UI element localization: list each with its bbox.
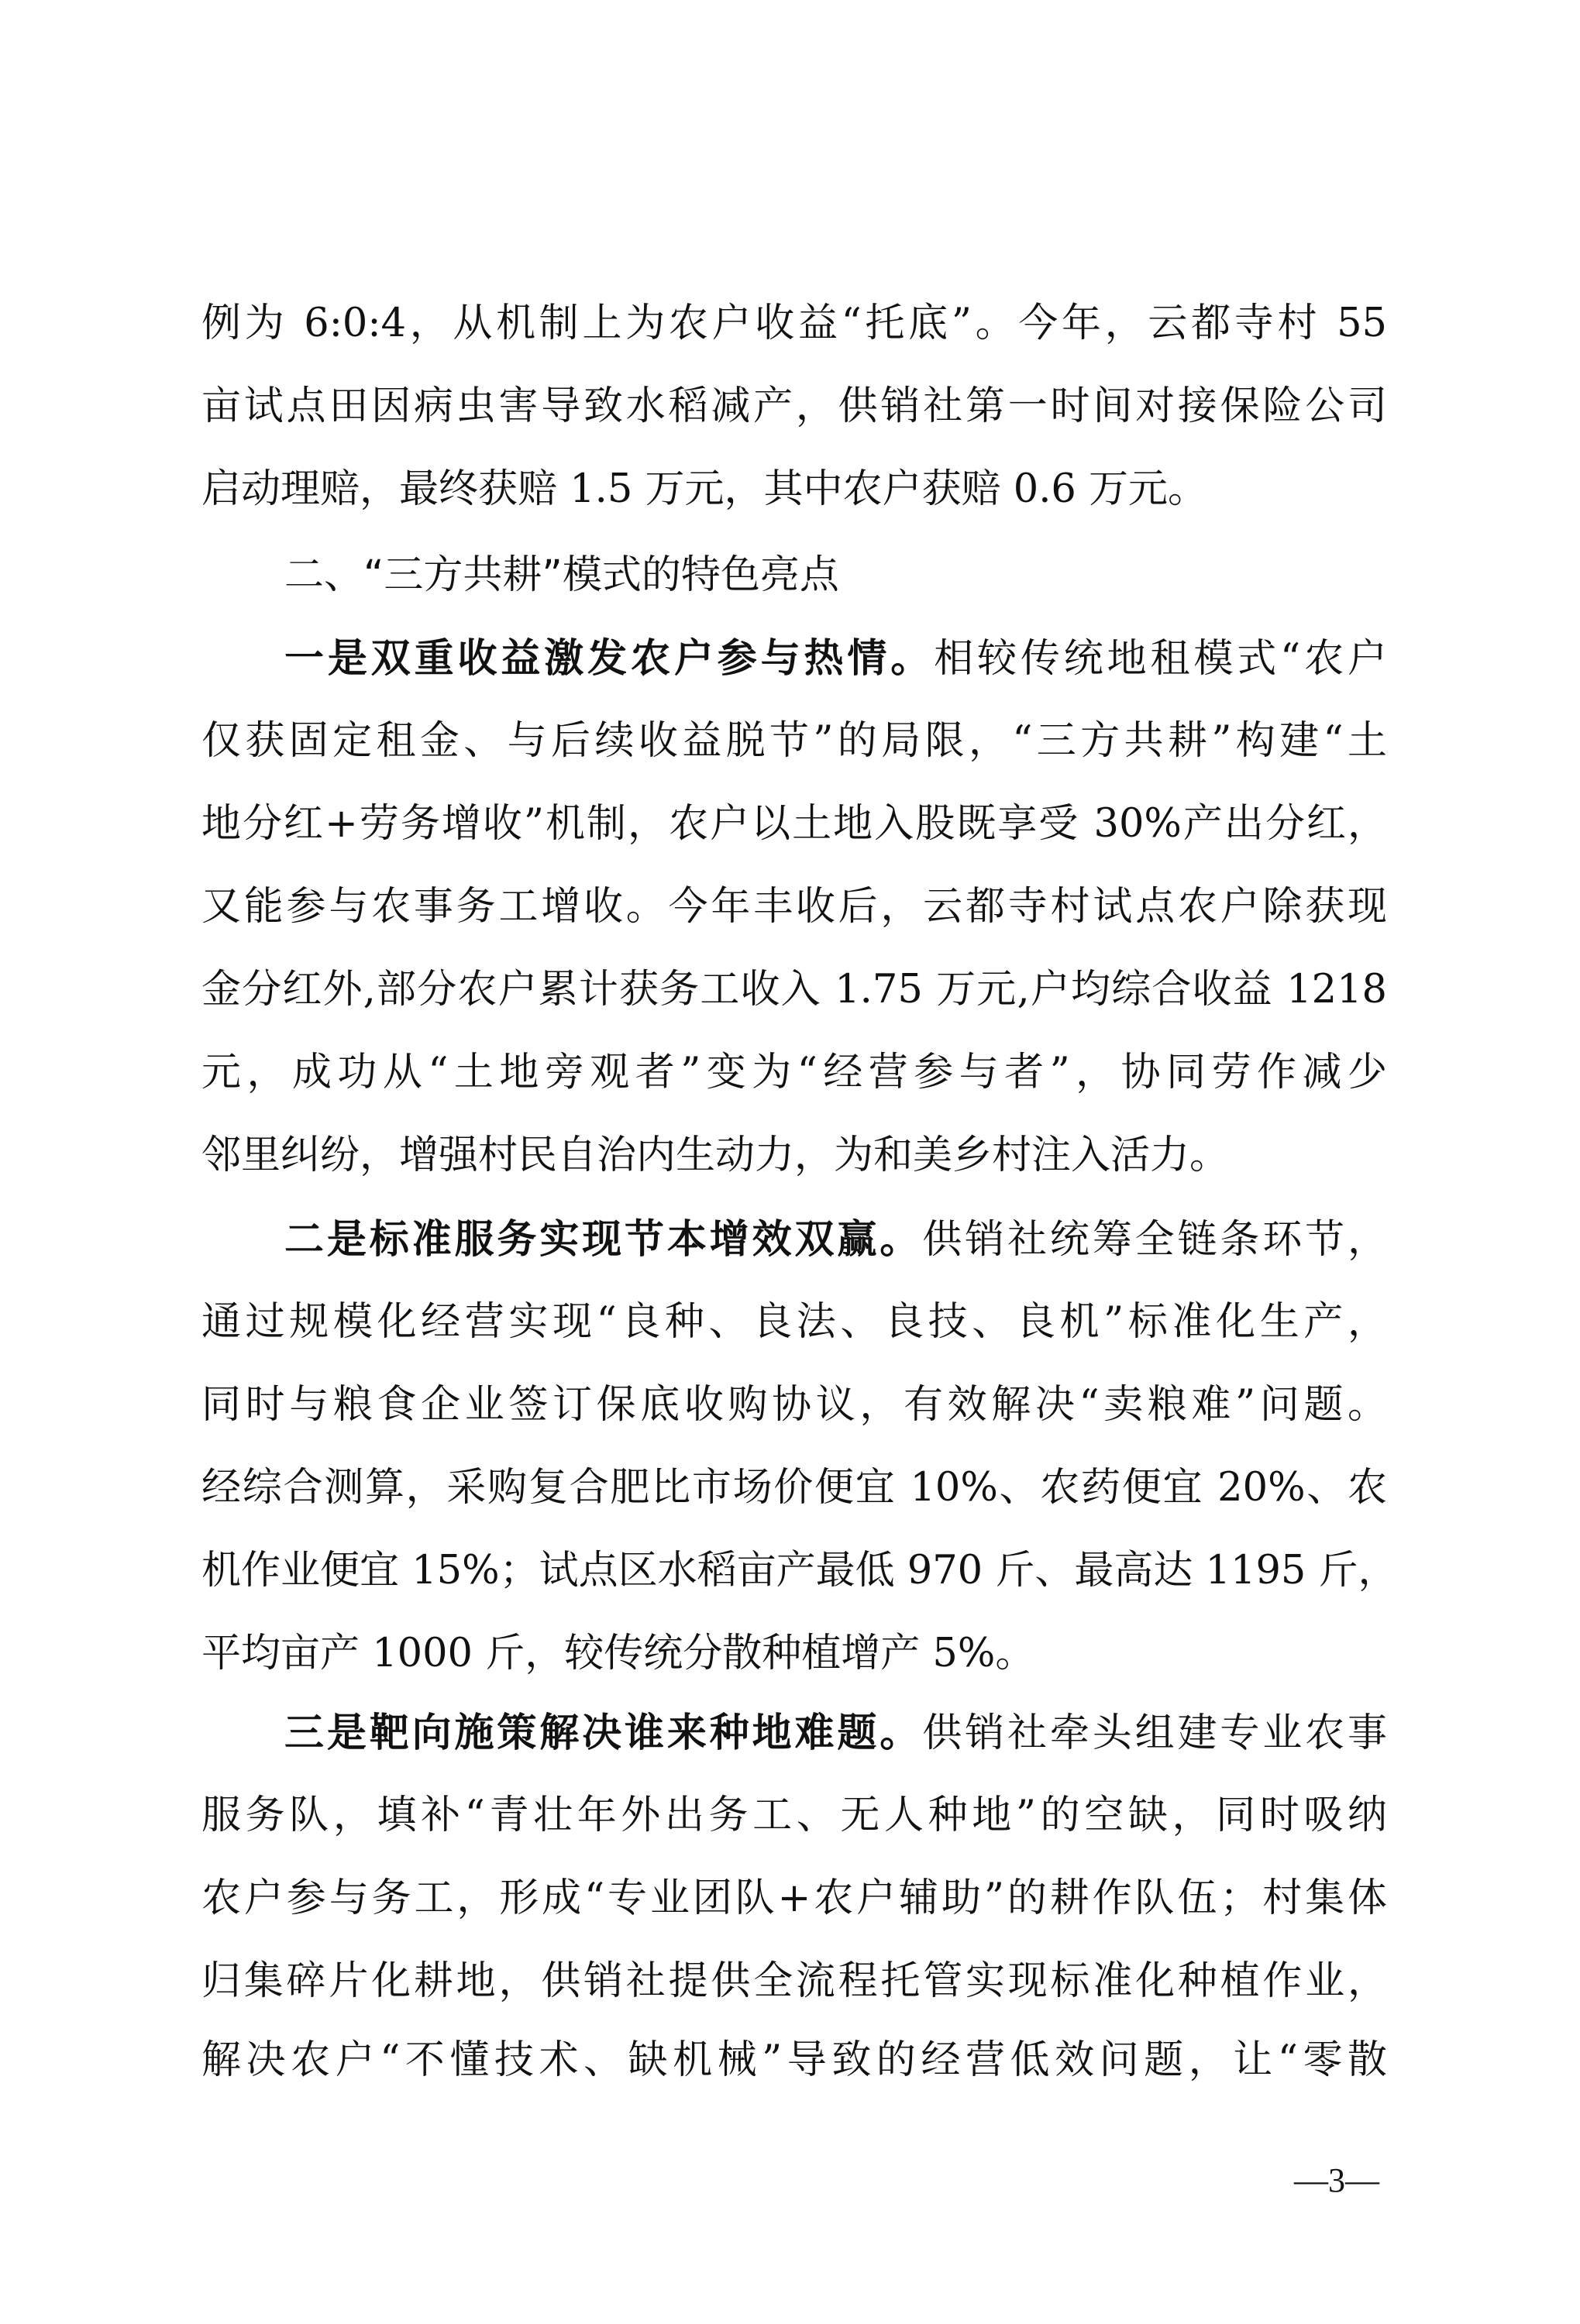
body-line: 经综合测算，采购复合肥比市场价便宜 10%、农药便宜 20%、农 bbox=[201, 1463, 1387, 1513]
body-line: 亩试点田因病虫害导致水稻减产，供销社第一时间对接保险公司 bbox=[201, 382, 1387, 431]
body-line: 仅获固定租金、与后续收益脱节”的局限，“三方共耕”构建“土 bbox=[201, 717, 1387, 766]
body-line: 同时与粮食企业签订保底收购协议，有效解决“卖粮难”问题。 bbox=[201, 1380, 1387, 1430]
body-line: 解决农户“不懂技术、缺机械”导致的经营低效问题，让“零散 bbox=[201, 2036, 1387, 2085]
body-text: 供销社统筹全链条环节， bbox=[922, 1217, 1387, 1263]
body-text: 供销社牵头组建专业农事 bbox=[922, 1710, 1387, 1756]
page-number: —3— bbox=[1282, 2161, 1391, 2200]
paragraph-first-line: 三是靶向施策解决谁来种地难题。供销社牵头组建专业农事 bbox=[284, 1708, 1387, 1758]
body-line: 邻里纠纷，增强村民自治内生动力，为和美乡村注入活力。 bbox=[201, 1131, 1387, 1181]
section-heading: 二、“三方共耕”模式的特色亮点 bbox=[284, 551, 1387, 600]
point-lead: 二是标准服务实现节本增效双赢。 bbox=[284, 1216, 922, 1263]
body-line: 平均亩产 1000 斤，较传统分散种植增产 5%。 bbox=[201, 1629, 1387, 1679]
document-page: 例为 6:0:4，从机制上为农户收益“托底”。今年，云都寺村 55 亩试点田因病… bbox=[0, 0, 1580, 2324]
point-lead: 三是靶向施策解决谁来种地难题。 bbox=[284, 1710, 922, 1756]
body-line: 农户参与务工，形成“专业团队+农户辅助”的耕作队伍；村集体 bbox=[201, 1874, 1387, 1923]
body-text: 相较传统地租模式“农户 bbox=[934, 636, 1387, 682]
body-line: 金分红外,部分农户累计获务工收入 1.75 万元,户均综合收益 1218 bbox=[201, 965, 1387, 1015]
point-lead: 一是双重收益激发农户参与热情。 bbox=[284, 635, 934, 682]
body-line: 服务队，填补“青壮年外出务工、无人种地”的空缺，同时吸纳 bbox=[201, 1791, 1387, 1841]
body-line: 地分红+劳务增收”机制，农户以土地入股既享受 30%产出分红， bbox=[201, 799, 1387, 849]
paragraph-first-line: 二是标准服务实现节本增效双赢。供销社统筹全链条环节， bbox=[284, 1215, 1387, 1264]
paragraph-first-line: 一是双重收益激发农户参与热情。相较传统地租模式“农户 bbox=[284, 634, 1387, 683]
body-line: 例为 6:0:4，从机制上为农户收益“托底”。今年，云都寺村 55 bbox=[201, 299, 1387, 349]
body-line: 归集碎片化耕地，供销社提供全流程托管实现标准化种植作业， bbox=[201, 1957, 1387, 2006]
body-line: 通过规模化经营实现“良种、良法、良技、良机”标准化生产， bbox=[201, 1298, 1387, 1347]
body-line: 元，成功从“土地旁观者”变为“经营参与者”，协同劳作减少 bbox=[201, 1048, 1387, 1098]
body-line: 又能参与农事务工增收。今年丰收后，云都寺村试点农户除获现 bbox=[201, 882, 1387, 932]
body-line: 机作业便宜 15%；试点区水稻亩产最低 970 斤、最高达 1195 斤， bbox=[201, 1546, 1387, 1596]
body-line: 启动理赔，最终获赔 1.5 万元，其中农户获赔 0.6 万元。 bbox=[201, 465, 1387, 514]
